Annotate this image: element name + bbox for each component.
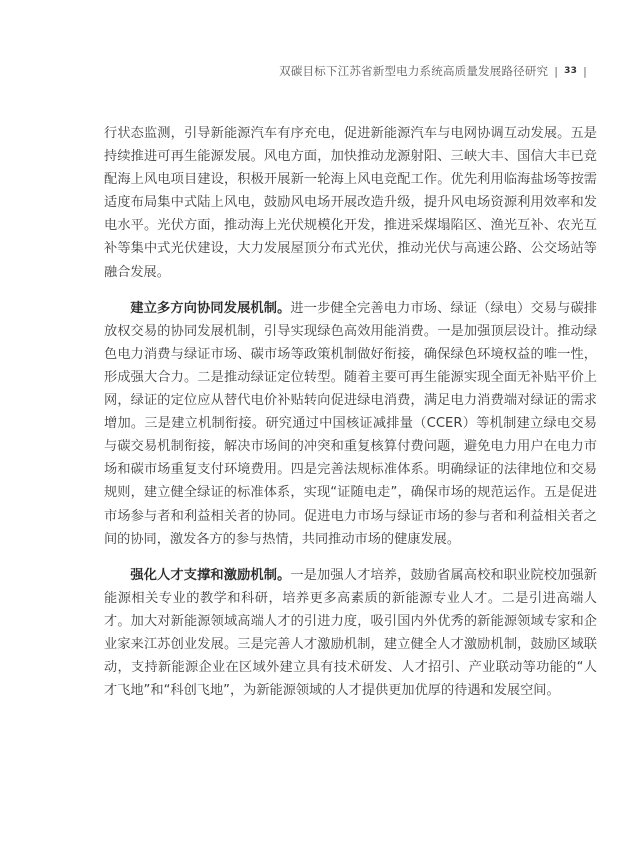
paragraph-continuation: 行状态监测，引导新能源汽车有序充电，促进新能源汽车与电网协调互动发展。五是持续推… — [104, 122, 597, 284]
paragraph-text: 一是加强人才培养，鼓励省属高校和职业院校加强新能源相关专业的教学和科研，培养更多… — [104, 568, 597, 698]
paragraph-text: 行状态监测，引导新能源汽车有序充电，促进新能源汽车与电网协调互动发展。五是持续推… — [104, 126, 597, 280]
running-header: 双碳目标下江苏省新型电力系统高质量发展路径研究 | 33 | — [279, 63, 593, 79]
paragraph-lead: 建立多方向协同发展机制。 — [130, 301, 290, 316]
separator-right: | — [583, 65, 587, 78]
paragraph-text: 进一步健全完善电力市场、绿证（绿电）交易与碳排放权交易的协同发展机制，引导实现绿… — [104, 301, 597, 547]
paragraph-talent-incentive: 强化人才支撑和激励机制。一是加强人才培养，鼓励省属高校和职业院校加强新能源相关专… — [104, 564, 597, 703]
document-title: 双碳目标下江苏省新型电力系统高质量发展路径研究 — [279, 63, 548, 79]
separator-left: | — [554, 65, 558, 78]
body-text: 行状态监测，引导新能源汽车有序充电，促进新能源汽车与电网协调互动发展。五是持续推… — [104, 122, 597, 702]
paragraph-lead: 强化人才支撑和激励机制。 — [130, 568, 290, 583]
paragraph-coordination-mechanism: 建立多方向协同发展机制。进一步健全完善电力市场、绿证（绿电）交易与碳排放权交易的… — [104, 297, 597, 551]
page-number: 33 — [564, 66, 577, 76]
